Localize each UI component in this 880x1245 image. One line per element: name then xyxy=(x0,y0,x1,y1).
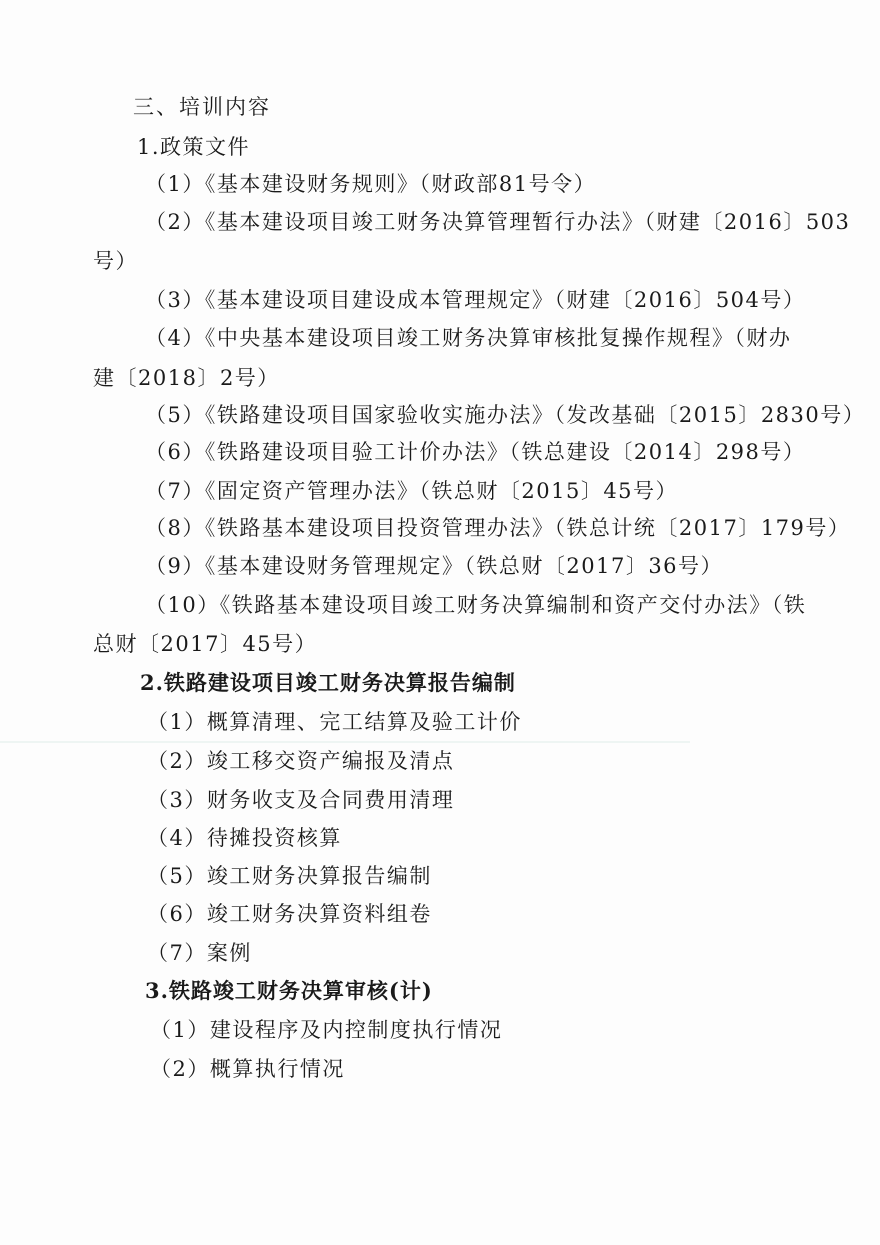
part2-item-4: （4）待摊投资核算 xyxy=(147,824,342,852)
section-title: 三、培训内容 xyxy=(133,93,271,121)
part2-title: 2.铁路建设项目竣工财务决算报告编制 xyxy=(140,669,516,697)
item-text: 竣工移交资产编报及清点 xyxy=(207,749,455,773)
item-number: （5） xyxy=(147,864,207,888)
policy-item-4: （4）《中央基本建设项目竣工财务决算审核批复操作规程》（财办 xyxy=(145,324,791,352)
part3-item-1: （1）建设程序及内控制度执行情况 xyxy=(150,1016,502,1044)
item-text: 《基本建设财务规则》（财政部81号令） xyxy=(205,172,596,196)
item-number: （2） xyxy=(150,1057,210,1081)
policy-item-3: （3）《基本建设项目建设成本管理规定》（财建〔2016〕504号） xyxy=(145,286,805,314)
item-number: （7） xyxy=(145,479,205,503)
item-text: 《铁路基本建设项目竣工财务决算编制和资产交付办法》（铁 xyxy=(220,593,807,617)
item-number: （6） xyxy=(145,440,205,464)
policy-item-10: （10）《铁路基本建设项目竣工财务决算编制和资产交付办法》（铁 xyxy=(145,591,806,619)
item-number: （5） xyxy=(145,403,205,427)
part2-item-5: （5）竣工财务决算报告编制 xyxy=(147,862,432,890)
policy-item-6: （6）《铁路建设项目验工计价办法》（铁总建设〔2014〕298号） xyxy=(145,438,805,466)
item-text: 《铁路建设项目验工计价办法》（铁总建设〔2014〕298号） xyxy=(205,440,806,464)
scan-artifact-line xyxy=(0,741,690,743)
item-number: （3） xyxy=(145,288,205,312)
policy-item-7: （7）《固定资产管理办法》（铁总财〔2015〕45号） xyxy=(145,477,678,505)
policy-item-8: （8）《铁路基本建设项目投资管理办法》（铁总计统〔2017〕179号） xyxy=(145,514,850,542)
item-number: （2） xyxy=(147,749,207,773)
item-text: 案例 xyxy=(207,941,252,965)
policy-item-2-continuation: 号） xyxy=(93,247,138,275)
policy-item-1: （1）《基本建设财务规则》（财政部81号令） xyxy=(145,170,596,198)
policy-item-4-continuation: 建〔2018〕2号） xyxy=(93,364,280,392)
part3-item-2: （2）概算执行情况 xyxy=(150,1055,345,1083)
policy-item-10-continuation: 总财〔2017〕45号） xyxy=(93,630,317,658)
item-text: 待摊投资核算 xyxy=(207,826,342,850)
policy-item-9: （9）《基本建设财务管理规定》（铁总财〔2017〕36号） xyxy=(145,552,723,580)
item-text: 《基本建设财务管理规定》（铁总财〔2017〕36号） xyxy=(205,554,723,578)
item-text: 《基本建设项目竣工财务决算管理暂行办法》（财建〔2016〕503 xyxy=(205,210,851,234)
item-text: 竣工财务决算资料组卷 xyxy=(207,902,432,926)
part3-title: 3.铁路竣工财务决算审核(计) xyxy=(145,977,433,1005)
part2-item-2: （2）竣工移交资产编报及清点 xyxy=(147,747,454,775)
item-text: 概算执行情况 xyxy=(210,1057,345,1081)
item-number: （9） xyxy=(145,554,205,578)
part2-item-7: （7）案例 xyxy=(147,939,252,967)
item-number: （8） xyxy=(145,516,205,540)
item-text: 《基本建设项目建设成本管理规定》（财建〔2016〕504号） xyxy=(205,288,806,312)
policy-item-2: （2）《基本建设项目竣工财务决算管理暂行办法》（财建〔2016〕503 xyxy=(145,208,850,236)
item-text: 财务收支及合同费用清理 xyxy=(207,788,455,812)
part1-title: 1.政策文件 xyxy=(137,133,250,161)
item-number: （7） xyxy=(147,941,207,965)
item-number: （1） xyxy=(147,710,207,734)
item-number: （1） xyxy=(145,172,205,196)
item-text: 《固定资产管理办法》（铁总财〔2015〕45号） xyxy=(205,479,678,503)
item-text: 《铁路基本建设项目投资管理办法》（铁总计统〔2017〕179号） xyxy=(205,516,851,540)
item-text: 竣工财务决算报告编制 xyxy=(207,864,432,888)
item-number: （4） xyxy=(145,326,205,350)
item-text: 《中央基本建设项目竣工财务决算审核批复操作规程》（财办 xyxy=(205,326,792,350)
item-number: （3） xyxy=(147,788,207,812)
item-text: 《铁路建设项目国家验收实施办法》（发改基础〔2015〕2830号） xyxy=(205,403,865,427)
item-number: （6） xyxy=(147,902,207,926)
item-number: （2） xyxy=(145,210,205,234)
item-number: （1） xyxy=(150,1018,210,1042)
item-number: （10） xyxy=(145,593,220,617)
part2-item-6: （6）竣工财务决算资料组卷 xyxy=(147,900,432,928)
policy-item-5: （5）《铁路建设项目国家验收实施办法》（发改基础〔2015〕2830号） xyxy=(145,401,865,429)
document-page: 三、培训内容 1.政策文件 （1）《基本建设财务规则》（财政部81号令） （2）… xyxy=(0,0,880,1245)
item-text: 建设程序及内控制度执行情况 xyxy=(210,1018,503,1042)
item-text: 概算清理、完工结算及验工计价 xyxy=(207,710,522,734)
part2-item-1: （1）概算清理、完工结算及验工计价 xyxy=(147,708,522,736)
item-number: （4） xyxy=(147,826,207,850)
part2-item-3: （3）财务收支及合同费用清理 xyxy=(147,786,454,814)
